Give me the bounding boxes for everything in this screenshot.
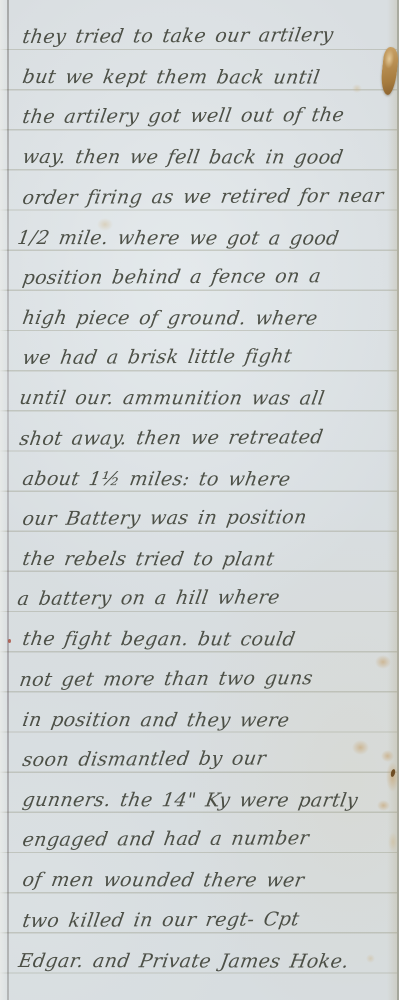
- manuscript-line: the fight began. but could: [21, 628, 297, 650]
- manuscript-line: but we kept them back until: [21, 66, 322, 89]
- stain: [352, 84, 362, 93]
- stain: [381, 750, 394, 762]
- stain: [97, 218, 113, 231]
- stain: [377, 800, 390, 811]
- manuscript-line: order firing as we retired for near: [21, 185, 385, 209]
- manuscript-line: a battery on a hill where: [16, 586, 281, 610]
- red-speck: [8, 639, 11, 643]
- manuscript-line: soon dismantled by our: [21, 748, 268, 771]
- manuscript-line: gunners. the 14" Ky were partly: [21, 789, 360, 812]
- manuscript-line: high piece of ground. where: [21, 307, 319, 330]
- manuscript-line: the rebels tried to plant: [21, 548, 276, 570]
- manuscript-line: they tried to take our artilery: [21, 24, 335, 48]
- stain: [388, 832, 398, 852]
- stain: [352, 740, 369, 755]
- manuscript-line: 1/2 mile. where we got a good: [16, 227, 341, 250]
- manuscript-page: they tried to take our artilery but we k…: [0, 0, 399, 1000]
- handwriting-block: they tried to take our artilery but we k…: [0, 0, 399, 1000]
- manuscript-line: Edgar. and Private James Hoke.: [17, 950, 351, 973]
- manuscript-line: until our. ammunition was all: [18, 387, 326, 410]
- manuscript-line: our Battery was in position: [21, 506, 308, 530]
- manuscript-line: engaged and had a number: [21, 827, 311, 851]
- manuscript-line: position behind a fence on a: [21, 265, 323, 289]
- stain: [375, 655, 391, 669]
- manuscript-line: way. then we fell back in good: [21, 146, 345, 169]
- manuscript-line: shot away. then we retreated: [18, 426, 325, 450]
- manuscript-line: two killed in our regt- Cpt: [21, 908, 301, 932]
- manuscript-line: not get more than two guns: [18, 667, 315, 691]
- manuscript-line: the artilery got well out of the: [21, 104, 346, 128]
- manuscript-line: about 1½ miles: to where: [21, 468, 292, 490]
- stain: [366, 954, 375, 963]
- manuscript-line: of men wounded there wer: [21, 869, 306, 891]
- manuscript-line: we had a brisk little fight: [21, 345, 294, 369]
- manuscript-line: in position and they were: [21, 709, 291, 731]
